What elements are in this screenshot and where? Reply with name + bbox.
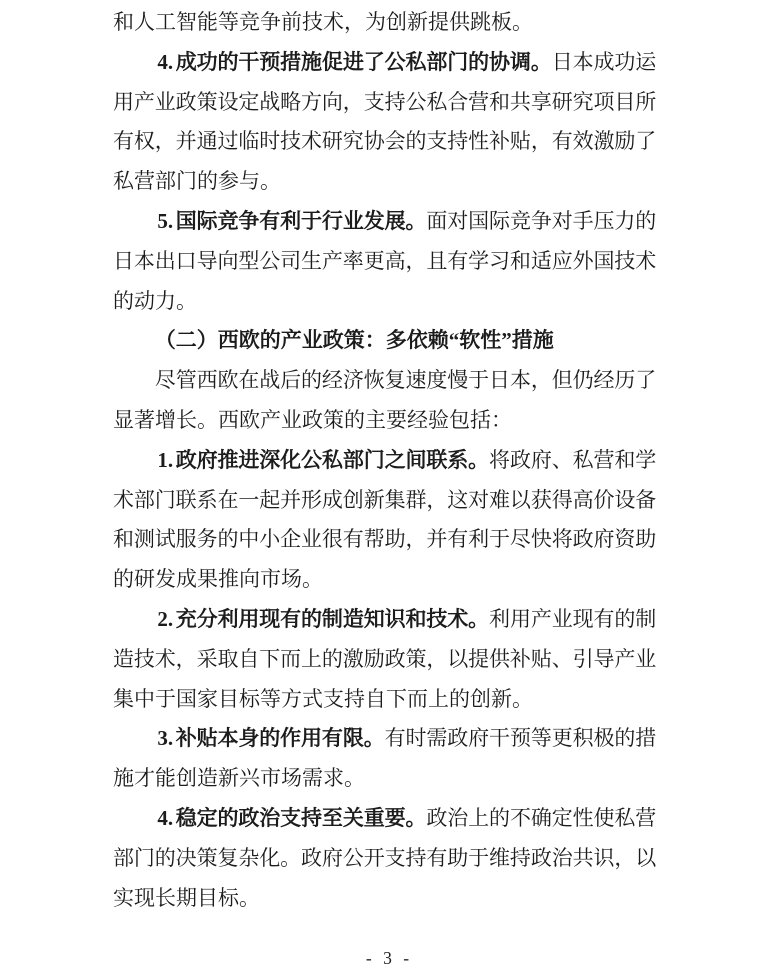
text-segment: ， <box>426 481 447 521</box>
text-segment: 的 <box>259 719 280 759</box>
text-segment: 日 <box>113 242 134 282</box>
text-segment: 联 <box>426 441 447 481</box>
text-segment: 作 <box>280 719 301 759</box>
text-segment: 府 <box>322 839 343 879</box>
text-segment: 私 <box>573 441 594 481</box>
text-segment: 的 <box>489 799 510 839</box>
text-segment: 1. <box>155 441 176 481</box>
text-segment: 和 <box>405 600 426 640</box>
text-segment: 力 <box>614 202 635 242</box>
text-segment: 公 <box>301 441 322 481</box>
text-segment: 运 <box>635 43 656 83</box>
text-segment: 效 <box>573 122 594 162</box>
text-segment: 助 <box>635 520 656 560</box>
text-segment: 推 <box>217 441 238 481</box>
text-segment: 略 <box>280 83 301 123</box>
text-segment: 预 <box>259 43 280 83</box>
text-segment: 产 <box>614 640 635 680</box>
text-segment: 小 <box>259 520 280 560</box>
text-segment: 私 <box>614 799 635 839</box>
text-segment: 府 <box>468 719 489 759</box>
text-segment: 技 <box>426 600 447 640</box>
text-segment: 术 <box>301 122 322 162</box>
text-segment: 补 <box>176 719 197 759</box>
body-line: 有权，并通过临时技术研究协会的支持性补贴，有效激励了 <box>113 122 656 162</box>
text-segment: 仍 <box>573 361 594 401</box>
text-segment: 政 <box>573 520 594 560</box>
text-segment: 集中于国家目标等方式支持自下而上的创新。 <box>113 687 533 711</box>
text-segment: 有 <box>447 520 468 560</box>
text-segment: 的 <box>301 600 322 640</box>
text-segment: 化 <box>259 839 280 879</box>
text-segment: 临 <box>238 122 259 162</box>
text-segment: 公 <box>259 242 280 282</box>
text-segment: 技 <box>134 640 155 680</box>
text-segment: 补 <box>510 640 531 680</box>
body-line: 施才能创造新兴市场需求。 <box>113 759 656 799</box>
text-segment: 争 <box>531 202 552 242</box>
text-segment: 的 <box>405 122 426 162</box>
text-segment: 设 <box>614 481 635 521</box>
text-segment: 难 <box>489 481 510 521</box>
text-segment: 之 <box>385 441 406 481</box>
numbered-point-5-japan-lead: 5.国际竞争有利于行业发展。面对国际竞争对手压力的 <box>113 202 656 242</box>
text-segment: 集 <box>385 481 406 521</box>
text-segment: 杂 <box>238 839 259 879</box>
body-line: 用产业政策设定战略方向，支持公私合营和共享研究项目所 <box>113 83 656 123</box>
text-segment: 。 <box>468 600 489 640</box>
text-segment: 过 <box>217 122 238 162</box>
text-segment: 有 <box>280 600 301 640</box>
text-segment: 手 <box>573 202 594 242</box>
text-segment: 西 <box>197 361 218 401</box>
text-segment: 4. <box>155 799 176 839</box>
text-segment: 贴 <box>197 719 218 759</box>
text-segment: 这 <box>447 481 468 521</box>
text-segment: 公 <box>405 83 426 123</box>
text-segment: 压 <box>594 202 615 242</box>
body-line: 部门的决策复杂化。政府公开支持有助于维持政治共识，以 <box>113 839 656 879</box>
text-segment: 共 <box>573 839 594 879</box>
text-segment: 于 <box>301 202 322 242</box>
text-segment: 快 <box>531 520 552 560</box>
text-segment: 开 <box>364 839 385 879</box>
text-segment: 有 <box>259 202 280 242</box>
text-segment: 府 <box>593 520 614 560</box>
text-segment: 支 <box>426 122 447 162</box>
text-segment: 的动力。 <box>113 289 197 313</box>
text-segment: 并 <box>426 520 447 560</box>
text-segment: 权 <box>134 122 155 162</box>
text-segment: 导 <box>593 640 614 680</box>
text-segment: 国 <box>468 202 489 242</box>
text-segment: 于 <box>468 839 489 879</box>
text-segment: 速 <box>405 361 426 401</box>
text-segment: 方 <box>301 83 322 123</box>
text-segment: 在 <box>217 481 238 521</box>
text-segment: 形 <box>301 481 322 521</box>
body-line: 的动力。 <box>113 282 656 322</box>
text-segment: 显著增长。西欧产业政策的主要经验包括： <box>113 408 512 432</box>
numbered-point-4-japan-lead: 4.成功的干预措施促进了公私部门的协调。日本成功运 <box>113 43 656 83</box>
text-segment: 究 <box>573 83 594 123</box>
text-segment: 联 <box>176 481 197 521</box>
text-segment: （二）西欧的产业政策：多依赖“软性”措施 <box>155 328 554 352</box>
text-segment: 政 <box>447 719 468 759</box>
text-segment: 有 <box>385 719 406 759</box>
text-segment: 政 <box>176 441 197 481</box>
text-segment: 营 <box>594 441 615 481</box>
body-line: 实现长期目标。 <box>113 879 656 919</box>
text-segment: 并 <box>280 481 301 521</box>
text-segment: 研 <box>322 122 343 162</box>
text-segment: 成 <box>176 43 197 83</box>
text-segment: 务 <box>197 520 218 560</box>
text-segment: 至 <box>322 799 343 839</box>
text-segment: 部 <box>113 839 134 879</box>
text-segment: 私 <box>426 83 447 123</box>
text-segment: 施 <box>301 43 322 83</box>
text-segment: 的 <box>217 520 238 560</box>
text-segment: 争 <box>238 202 259 242</box>
text-segment: 积 <box>573 719 594 759</box>
text-segment: 门 <box>155 481 176 521</box>
text-segment: 系 <box>197 481 218 521</box>
text-segment: 国 <box>176 202 197 242</box>
text-segment: 用 <box>510 600 531 640</box>
text-segment: 项 <box>593 83 614 123</box>
text-segment: 贴 <box>531 640 552 680</box>
text-segment: 充 <box>176 600 197 640</box>
text-segment: 政 <box>301 839 322 879</box>
text-segment: 府 <box>531 441 552 481</box>
text-segment: ， <box>343 83 364 123</box>
text-segment: 对 <box>552 202 573 242</box>
text-segment: 术 <box>635 242 656 282</box>
text-segment: 生 <box>301 242 322 282</box>
body-line: 集中于国家目标等方式支持自下而上的创新。 <box>113 680 656 720</box>
text-segment: 关 <box>343 799 364 839</box>
text-segment: 学 <box>635 441 656 481</box>
text-segment: 治 <box>552 839 573 879</box>
text-segment: 度 <box>426 361 447 401</box>
text-segment: 更 <box>364 242 385 282</box>
text-segment: 自 <box>238 640 259 680</box>
text-segment: 适 <box>531 242 552 282</box>
numbered-point-4-europe-lead: 4.稳定的政治支持至关重要。政治上的不确定性使私营 <box>113 799 656 839</box>
text-segment: 重 <box>364 799 385 839</box>
text-segment: 等 <box>531 719 552 759</box>
text-segment: 率 <box>343 242 364 282</box>
text-segment: 促 <box>322 43 343 83</box>
text-segment: 应 <box>552 242 573 282</box>
text-segment: 和 <box>614 441 635 481</box>
text-segment: 合 <box>447 83 468 123</box>
text-segment: 措 <box>635 719 656 759</box>
text-segment: 的 <box>155 839 176 879</box>
text-segment: 的研发成果推向市场。 <box>113 567 323 591</box>
text-segment: 的 <box>217 799 238 839</box>
text-segment: 企 <box>280 520 301 560</box>
body-line: 私营部门的参与。 <box>113 162 656 202</box>
text-segment: 和 <box>113 520 134 560</box>
text-segment: 展 <box>385 202 406 242</box>
text-segment: 本 <box>510 361 531 401</box>
text-segment: 进 <box>238 441 259 481</box>
text-segment: ， <box>405 242 426 282</box>
text-segment: 通 <box>197 122 218 162</box>
text-segment: 了 <box>364 43 385 83</box>
text-segment: 术 <box>113 481 134 521</box>
text-segment: 用 <box>238 600 259 640</box>
text-segment: 治 <box>447 799 468 839</box>
text-segment: 门 <box>134 839 155 879</box>
text-segment: 助 <box>385 520 406 560</box>
text-segment: 激 <box>343 640 364 680</box>
text-segment: 并 <box>176 122 197 162</box>
numbered-point-1-europe-lead: 1.政府推进深化公私部门之间联系。将政府、私营和学 <box>113 441 656 481</box>
body-line: 显著增长。西欧产业政策的主要经验包括： <box>113 401 656 441</box>
text-segment: 和人工智能等竞争前技术，为创新提供跳板。 <box>113 10 533 34</box>
text-segment: 日 <box>489 361 510 401</box>
text-segment: 补 <box>489 122 510 162</box>
text-segment: 下 <box>259 640 280 680</box>
text-segment: 将 <box>489 441 510 481</box>
text-segment: 技 <box>280 122 301 162</box>
text-segment: 门 <box>364 441 385 481</box>
text-segment: 口 <box>176 242 197 282</box>
text-segment: 创 <box>343 481 364 521</box>
text-segment: 有 <box>322 719 343 759</box>
text-segment: 面 <box>426 202 447 242</box>
text-segment: 际 <box>489 202 510 242</box>
text-segment: 的 <box>217 43 238 83</box>
text-segment: 业 <box>552 600 573 640</box>
text-segment: 司 <box>280 242 301 282</box>
text-segment: 很 <box>322 520 343 560</box>
text-segment: 。 <box>405 202 426 242</box>
text-segment: 支 <box>385 839 406 879</box>
text-segment: 本 <box>134 242 155 282</box>
text-segment: 行 <box>322 202 343 242</box>
text-segment: 定 <box>552 799 573 839</box>
text-segment: 且 <box>426 242 447 282</box>
text-segment: 享 <box>531 83 552 123</box>
text-segment: 后 <box>280 361 301 401</box>
text-segment: 使 <box>594 799 615 839</box>
text-segment: 群 <box>405 481 426 521</box>
text-segment: 确 <box>531 799 552 839</box>
text-segment: 提 <box>468 640 489 680</box>
text-segment: 政 <box>385 640 406 680</box>
text-segment: 的 <box>614 600 635 640</box>
text-segment: 造 <box>343 600 364 640</box>
text-segment: ， <box>531 361 552 401</box>
text-segment: ， <box>426 640 447 680</box>
text-segment: 所 <box>635 83 656 123</box>
text-segment: 将 <box>552 520 573 560</box>
text-segment: 现 <box>573 600 594 640</box>
text-segment: 化 <box>280 441 301 481</box>
text-segment: 。 <box>364 719 385 759</box>
text-segment: 。 <box>531 43 552 83</box>
text-segment: 支 <box>364 83 385 123</box>
text-segment: 深 <box>259 441 280 481</box>
text-segment: 的 <box>322 640 343 680</box>
text-segment: 业 <box>301 520 322 560</box>
text-segment: 会 <box>385 122 406 162</box>
text-segment: 以 <box>635 839 656 879</box>
text-segment: 4. <box>155 43 176 83</box>
text-segment: 政 <box>510 441 531 481</box>
text-segment: 知 <box>364 600 385 640</box>
text-segment: 部 <box>426 43 447 83</box>
text-segment: 测 <box>134 520 155 560</box>
paragraph-continuation-line: 和人工智能等竞争前技术，为创新提供跳板。 <box>113 3 656 43</box>
text-segment: 私 <box>405 43 426 83</box>
text-segment: 持 <box>447 122 468 162</box>
text-segment: 分 <box>197 600 218 640</box>
text-segment: 部 <box>343 441 364 481</box>
body-line: 术部门联系在一起并形成创新集群，这对难以获得高价设备 <box>113 481 656 521</box>
text-segment: 济 <box>343 361 364 401</box>
text-segment: 日 <box>552 43 573 83</box>
text-segment: 利 <box>217 600 238 640</box>
text-segment: 利 <box>489 600 510 640</box>
text-segment: 利 <box>468 520 489 560</box>
text-segment: 助 <box>447 839 468 879</box>
text-segment: 复 <box>385 361 406 401</box>
text-segment: 公 <box>385 43 406 83</box>
text-segment: 政 <box>426 799 447 839</box>
text-segment: 际 <box>197 202 218 242</box>
text-segment: 帮 <box>364 520 385 560</box>
text-segment: 但 <box>552 361 573 401</box>
text-segment: 向 <box>322 83 343 123</box>
text-segment: 决 <box>176 839 197 879</box>
text-segment: 5. <box>155 202 176 242</box>
text-segment: 策 <box>197 83 218 123</box>
text-segment: 现 <box>259 600 280 640</box>
text-segment: 的 <box>614 719 635 759</box>
page-number: - 3 - <box>0 946 775 970</box>
text-segment: 欧 <box>217 361 238 401</box>
text-segment: 上 <box>468 799 489 839</box>
text-segment: 部 <box>134 481 155 521</box>
document-body: 和人工智能等竞争前技术，为创新提供跳板。4.成功的干预措施促进了公私部门的协调。… <box>113 3 656 918</box>
text-segment: 系 <box>447 441 468 481</box>
text-segment: 引 <box>573 640 594 680</box>
text-segment: 究 <box>343 122 364 162</box>
text-segment: 有 <box>113 122 134 162</box>
text-segment: 习 <box>489 242 510 282</box>
text-segment: 用 <box>301 719 322 759</box>
text-segment: 导 <box>197 242 218 282</box>
text-segment: 持 <box>405 839 426 879</box>
numbered-point-2-europe-lead: 2.充分利用现有的制造知识和技术。利用产业现有的制 <box>113 600 656 640</box>
text-segment: 技 <box>614 242 635 282</box>
text-segment: 干 <box>238 43 259 83</box>
text-segment: 尽 <box>510 520 531 560</box>
text-segment: 竞 <box>510 202 531 242</box>
text-segment: 性 <box>468 122 489 162</box>
text-segment: 限 <box>343 719 364 759</box>
text-segment: 协 <box>489 43 510 83</box>
text-segment: 采 <box>197 640 218 680</box>
text-segment: 造 <box>113 640 134 680</box>
text-segment: 2. <box>155 600 176 640</box>
text-segment: 府 <box>197 441 218 481</box>
numbered-point-3-europe-lead: 3.补贴本身的作用有限。有时需政府干预等更积极的措 <box>113 719 656 759</box>
section-heading-west-europe: （二）西欧的产业政策：多依赖“软性”措施 <box>113 321 656 361</box>
text-segment: 励 <box>614 122 635 162</box>
text-segment: 干 <box>489 719 510 759</box>
text-segment: 一 <box>238 481 259 521</box>
text-segment: 。 <box>280 839 301 879</box>
text-segment: 对 <box>468 481 489 521</box>
text-segment: 功 <box>197 43 218 83</box>
text-segment: 试 <box>155 520 176 560</box>
text-segment: 了 <box>635 122 656 162</box>
text-segment: 维 <box>489 839 510 879</box>
text-segment: 励 <box>364 640 385 680</box>
body-line: 尽管西欧在战后的经济恢复速度慢于日本，但仍经历了 <box>113 361 656 401</box>
text-segment: 的 <box>468 43 489 83</box>
text-segment: 调 <box>510 43 531 83</box>
text-segment: ， <box>614 839 635 879</box>
text-segment: 策 <box>405 640 426 680</box>
text-segment: 实现长期目标。 <box>113 886 260 910</box>
text-segment: 术 <box>447 600 468 640</box>
text-segment: 于 <box>489 520 510 560</box>
text-segment: 政 <box>531 839 552 879</box>
text-segment: 持 <box>301 799 322 839</box>
text-segment: 竞 <box>217 202 238 242</box>
text-segment: 经 <box>594 361 615 401</box>
text-segment: 预 <box>510 719 531 759</box>
text-segment: 对 <box>447 202 468 242</box>
text-segment: 制 <box>635 600 656 640</box>
text-segment: 门 <box>447 43 468 83</box>
text-segment: 协 <box>364 122 385 162</box>
text-segment: 本 <box>573 43 594 83</box>
text-segment: 高 <box>385 242 406 282</box>
text-segment: 有 <box>343 520 364 560</box>
text-segment: 的 <box>635 202 656 242</box>
text-segment: 目 <box>614 83 635 123</box>
body-line: 造技术，采取自下而上的激励政策，以提供补贴、引导产业 <box>113 640 656 680</box>
body-line: 和测试服务的中小企业很有帮助，并有利于尽快将政府资助 <box>113 520 656 560</box>
text-segment: 私营部门的参与。 <box>113 169 281 193</box>
text-segment: 资 <box>614 520 635 560</box>
text-segment: 而 <box>280 640 301 680</box>
document-page: 和人工智能等竞争前技术，为创新提供跳板。4.成功的干预措施促进了公私部门的协调。… <box>0 0 775 976</box>
text-segment: 营 <box>468 83 489 123</box>
text-segment: 识 <box>385 600 406 640</box>
text-segment: 的 <box>301 361 322 401</box>
text-segment: 尽 <box>155 361 176 401</box>
text-segment: 高 <box>573 481 594 521</box>
text-segment: 向 <box>217 242 238 282</box>
text-segment: 和 <box>489 83 510 123</box>
text-segment: 策 <box>197 839 218 879</box>
text-segment: 业 <box>343 202 364 242</box>
text-segment: 起 <box>259 481 280 521</box>
text-segment: 进 <box>343 43 364 83</box>
text-segment: 价 <box>593 481 614 521</box>
text-segment: 业 <box>635 640 656 680</box>
text-segment: 身 <box>238 719 259 759</box>
